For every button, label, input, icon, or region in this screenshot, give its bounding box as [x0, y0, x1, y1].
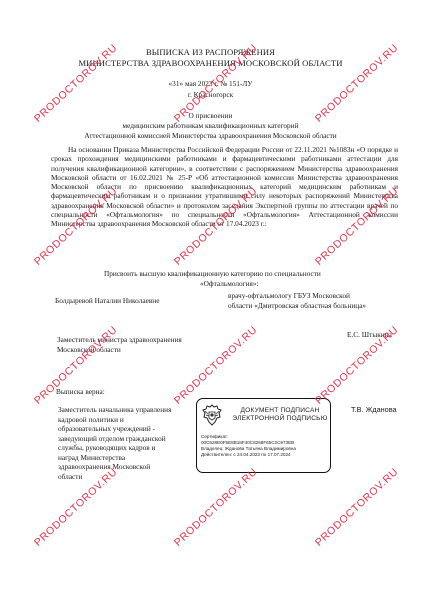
certifier-name: Т.В. Жданова — [351, 405, 397, 414]
ministry-name: МИНИСТЕРСТВА ЗДРАВООХРАНЕНИЯ МОСКОВСКОЙ … — [0, 58, 421, 68]
subject-line-1: О присвоении — [0, 111, 421, 120]
issue-city: г. Красногорск — [0, 90, 421, 99]
certificate-validity: Действителен: с 24.04.2023 по 17.07.2024 — [201, 452, 296, 458]
certifier-title-line: области — [58, 472, 198, 482]
certification-label: Выписка верна: — [56, 387, 105, 396]
signatory-title-line-1: Заместитель министра здравоохранения — [57, 335, 182, 344]
order-body: На основании Приказа Министерства Россий… — [51, 145, 398, 229]
certifier-title-line: здравоохранения Московской — [58, 462, 198, 472]
certifier-title-line: Заместитель начальника управления — [58, 405, 198, 415]
signatory-title-line-2: Московской области — [57, 345, 121, 354]
stamp-details: Сертификат: 00C528E0F5E8B18F40C8268F65C2… — [201, 434, 296, 458]
decision-line-1: Присвоить высшую квалификационную катего… — [104, 269, 321, 278]
stamp-title-line-1: ДОКУМЕНТ ПОДПИСАН — [231, 407, 329, 415]
certifier-title-line: образовательных учреждений - — [58, 424, 198, 434]
watermark: PRODOCTOROV.RU — [172, 324, 260, 407]
electronic-signature-stamp: ДОКУМЕНТ ПОДПИСАН ЭЛЕКТРОННОЙ ПОДПИСЬЮ С… — [196, 398, 331, 473]
person-position-line-2: области «Дмитровская областная больница» — [228, 301, 366, 310]
coat-of-arms-icon — [202, 403, 222, 427]
subject-line-2: медицинским работникам квалификационных … — [0, 121, 421, 130]
certifier-title: Заместитель начальника управления кадров… — [58, 405, 198, 481]
watermark: PRODOCTOROV.RU — [313, 466, 401, 549]
document-page: ВЫПИСКА ИЗ РАСПОРЯЖЕНИЯ МИНИСТЕРСТВА ЗДР… — [0, 0, 421, 600]
body-paragraph: На основании Приказа Министерства Россий… — [51, 145, 398, 229]
certifier-title-line: кадровой политики и — [58, 415, 198, 425]
signatory-name: Е.С. Штыкина — [347, 330, 392, 339]
subject-line-3: Аттестационной комиссией Министерства зд… — [0, 131, 421, 140]
order-date-number: «31» мая 2023 г. № 151-ЛУ — [0, 79, 421, 88]
certifier-title-line: службы, руководящих кадров и — [58, 443, 198, 453]
certifier-title-line: наград Министерства — [58, 453, 198, 463]
person-name: Болдыревой Наталии Николаевне — [55, 296, 159, 305]
stamp-title-line-2: ЭЛЕКТРОННОЙ ПОДПИСЬЮ — [231, 415, 329, 423]
decision-specialty: «Офтальмология»: — [200, 279, 259, 288]
document-heading: ВЫПИСКА ИЗ РАСПОРЯЖЕНИЯ — [0, 47, 421, 57]
stamp-title: ДОКУМЕНТ ПОДПИСАН ЭЛЕКТРОННОЙ ПОДПИСЬЮ — [231, 407, 329, 423]
person-position-line-1: врачу-офтальмологу ГБУЗ Московской — [228, 291, 350, 300]
certifier-title-line: заведующий отделом гражданской — [58, 434, 198, 444]
